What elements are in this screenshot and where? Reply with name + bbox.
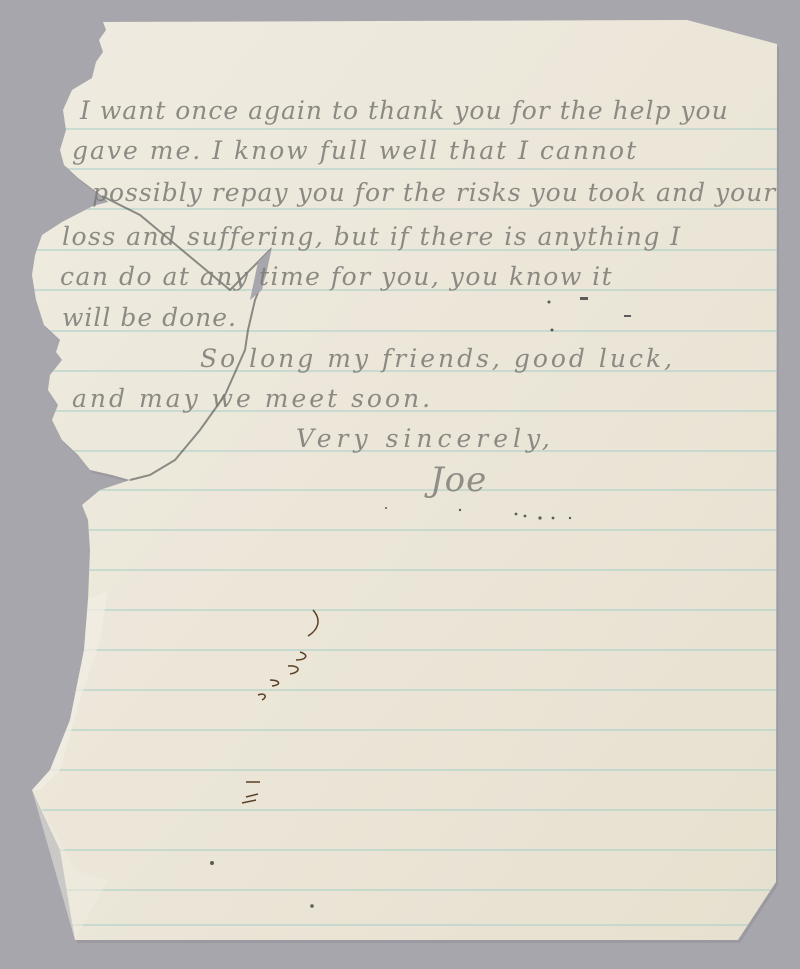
letter-scan: I want once again to thank you for the h… [0, 0, 800, 969]
letter-line-6: will be done. [62, 303, 237, 332]
signature: Joe [430, 460, 487, 500]
letter-line-5: can do at any time for you, you know it [60, 262, 613, 291]
letter-line-8: and may we meet soon. [72, 384, 433, 413]
closing: Very sincerely, [296, 424, 555, 453]
letter-line-4: loss and suffering, but if there is anyt… [62, 222, 682, 251]
letter-line-1: I want once again to thank you for the h… [80, 96, 729, 125]
letter-line-2: gave me. I know full well that I cannot [72, 136, 638, 165]
letter-line-7: So long my friends, good luck, [200, 344, 675, 373]
letter-line-3: possibly repay you for the risks you too… [92, 178, 776, 207]
